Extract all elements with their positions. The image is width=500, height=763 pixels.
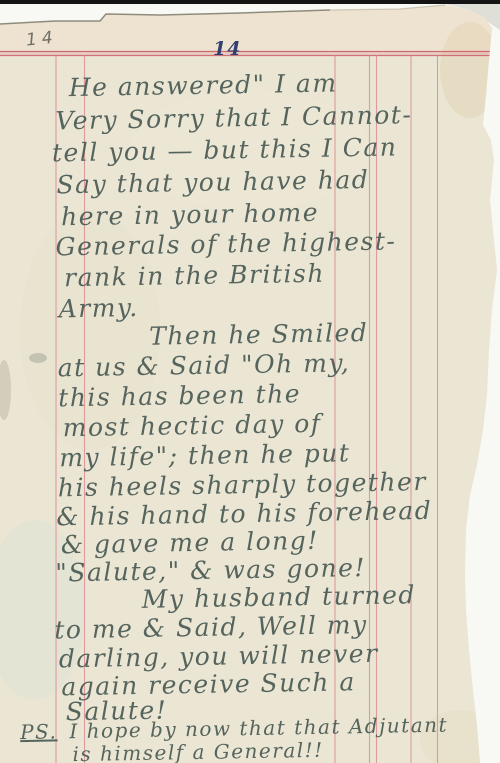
handwritten-line: this has been the [58, 379, 301, 412]
handwritten-line: at us & Said "Oh my, [57, 348, 350, 382]
manuscript-text: He answered" I am Very Sorry that I Cann… [0, 0, 500, 763]
handwritten-line: here in your home [61, 198, 319, 231]
handwritten-line: Say that you have had [56, 165, 369, 199]
handwritten-line: my life"; then he put [59, 438, 351, 472]
handwritten-line: My husband turned [142, 580, 417, 614]
handwritten-line: Generals of the highest- [55, 226, 396, 261]
handwritten-line: Very Sorry that I Cannot- [55, 100, 412, 135]
handwritten-line: Then he Smiled [149, 318, 369, 351]
handwritten-line: He answered" I am [69, 68, 338, 102]
handwritten-line: is himself a General!! [72, 738, 324, 763]
handwritten-line: rank in the British [64, 259, 325, 293]
handwritten-line: & his hand to his forehead [56, 496, 432, 532]
scanned-ledger-page: 14 14 He answered" I am Very Sorry that … [0, 0, 500, 763]
handwritten-line: Army. [58, 293, 138, 323]
handwritten-line: tell you — but this I Can [52, 132, 398, 167]
ps-label: PS. [20, 719, 58, 744]
handwritten-line: most hectic day of [63, 409, 322, 443]
